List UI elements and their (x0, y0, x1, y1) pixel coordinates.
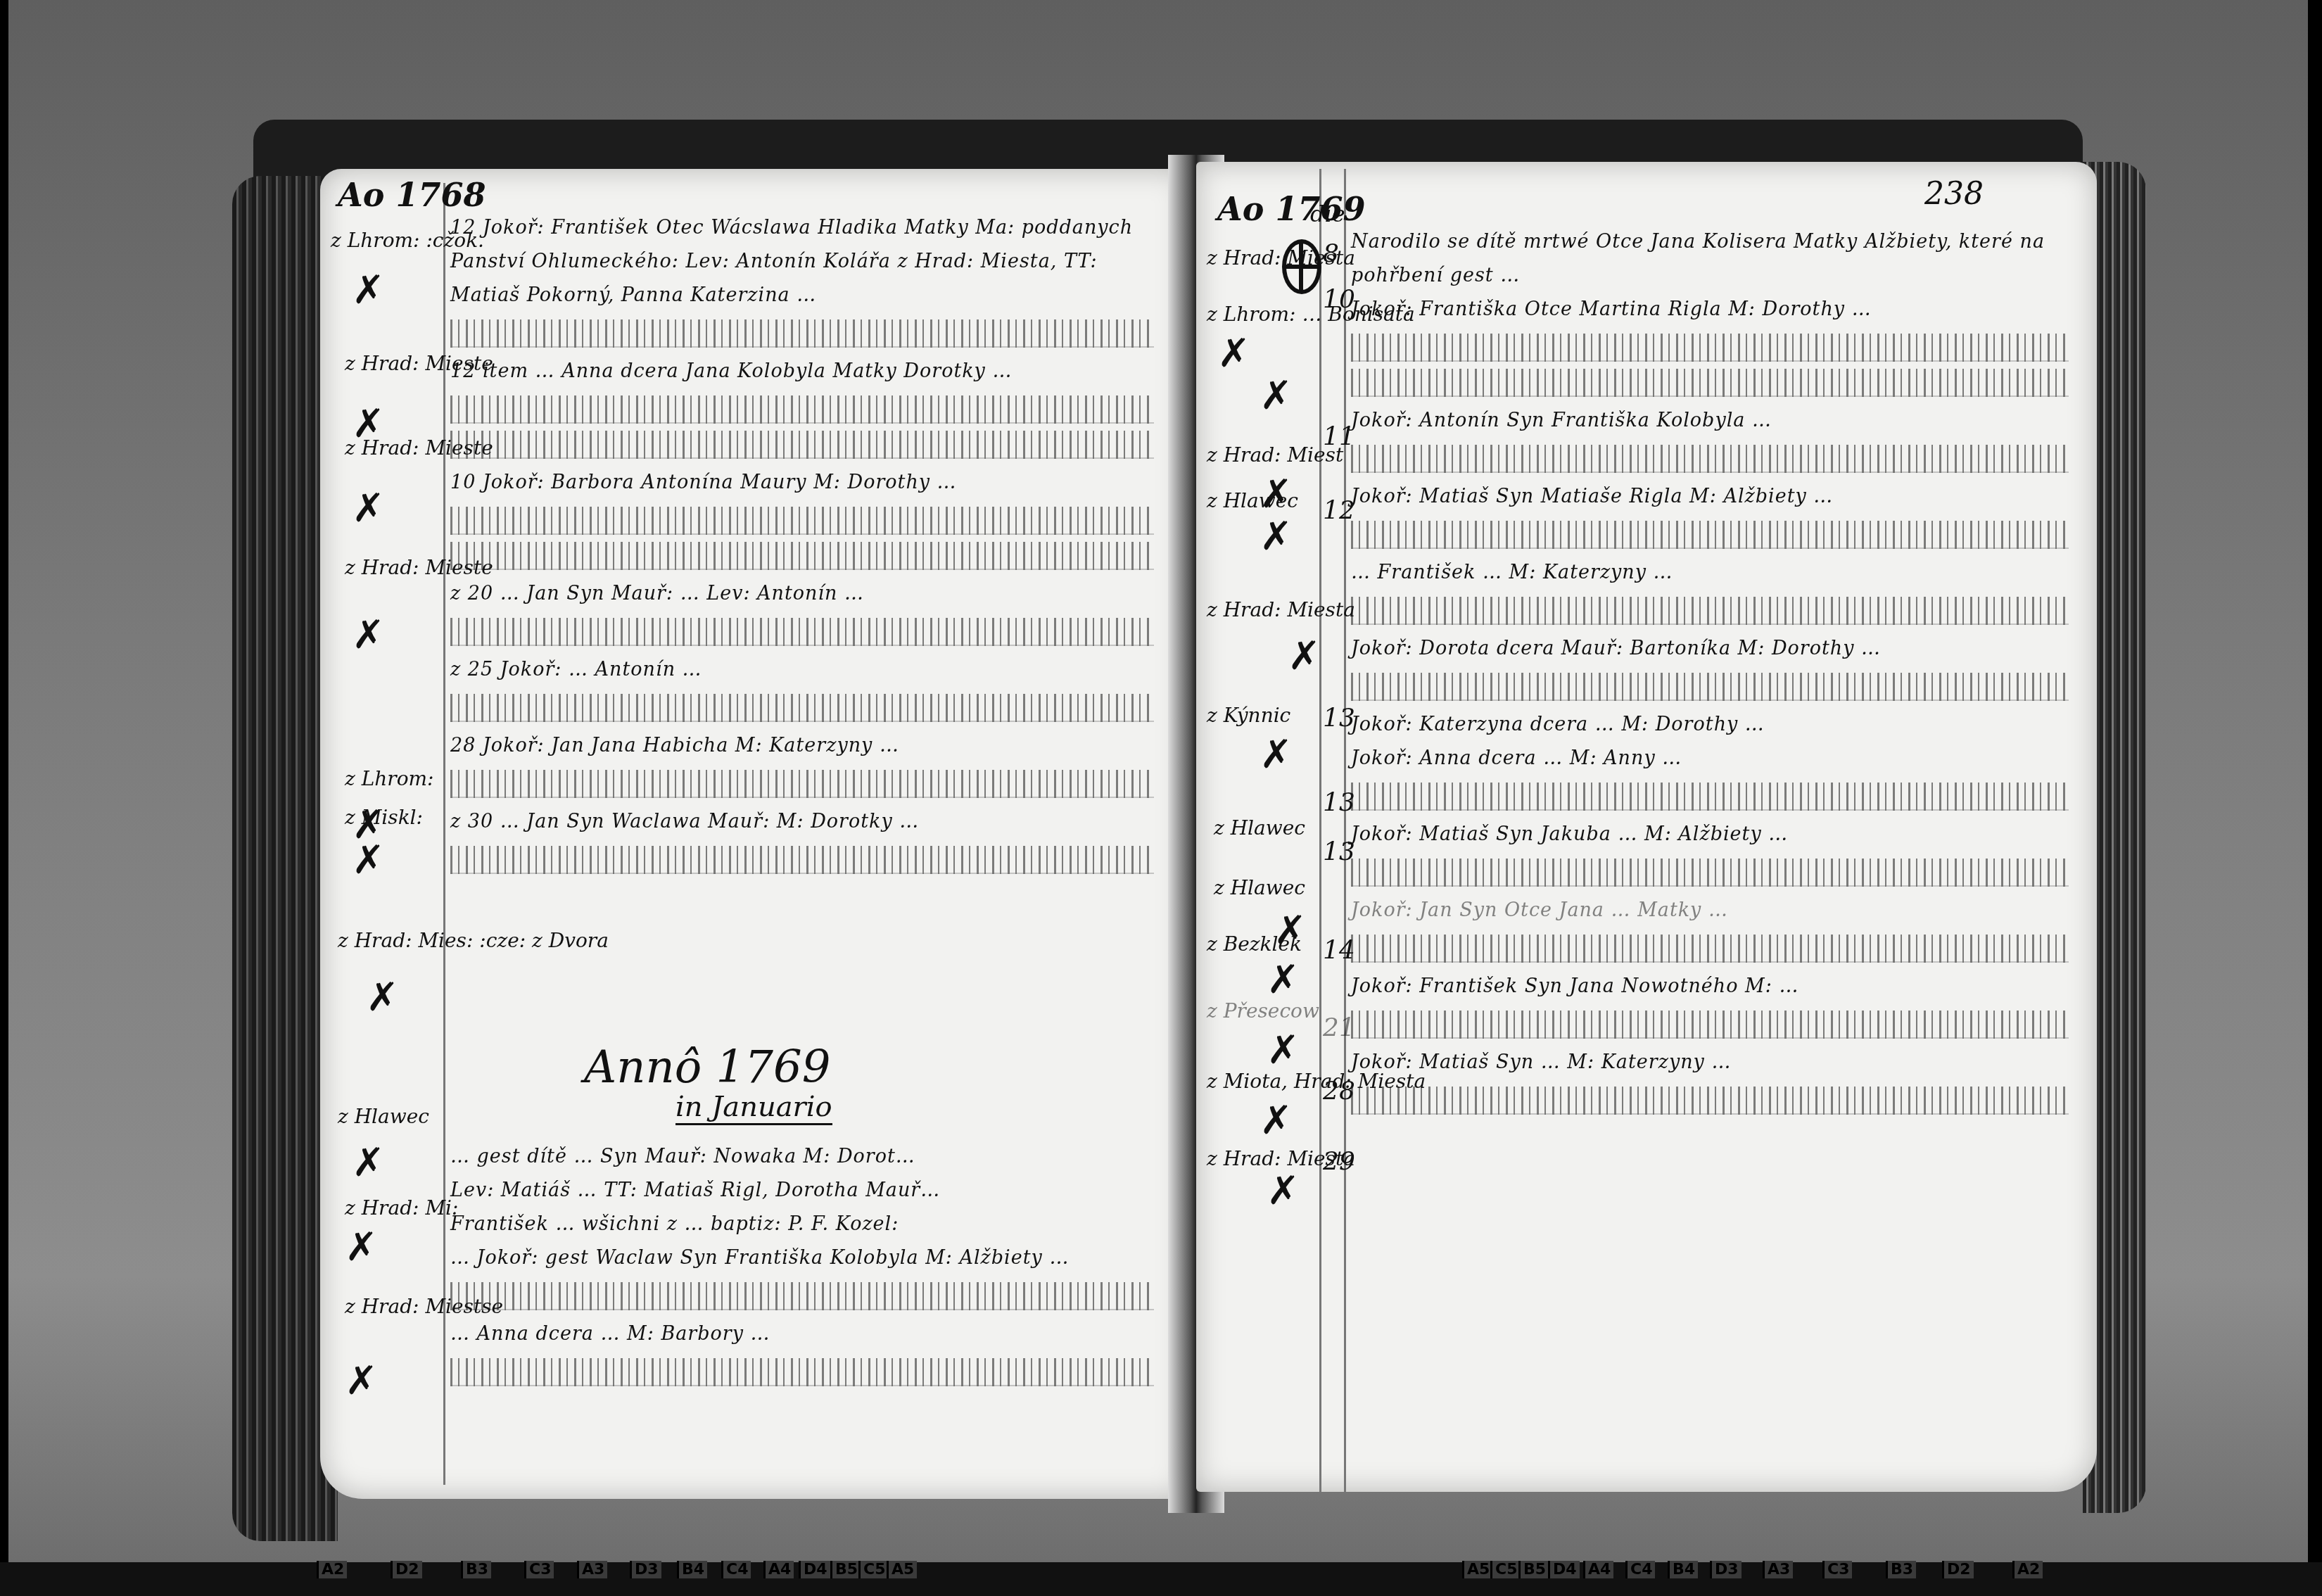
day-number: 12 (1323, 496, 1355, 525)
right-margin-rule (1319, 169, 1321, 1492)
margin-note: z Lhrom: (345, 767, 434, 791)
handwriting-line (1351, 1087, 2069, 1115)
cross-mark-icon: ✗ (1217, 331, 1250, 376)
register-entry: Jokoř: Matiaš Syn Jakuba … M: Alžbiety … (1351, 818, 2069, 851)
register-entry: Jokoř: Matiaš Syn Matiaše Rigla M: Alžbi… (1351, 480, 2069, 514)
cross-mark-icon: ✗ (352, 267, 385, 313)
handwriting-line (450, 431, 1154, 459)
calibration-label: D3 (1710, 1561, 1741, 1578)
cross-mark-icon: ✗ (1267, 1027, 1300, 1073)
register-entry: 12 Jokoř: František Otec Wácslawa Hladik… (450, 211, 1154, 312)
cross-mark-icon: ✗ (1267, 957, 1300, 1003)
left-entries: 12 Jokoř: František Otec Wácslawa Hladik… (450, 211, 1154, 881)
margin-note: z Miskl: (345, 806, 423, 830)
register-entry: z 25 Jokoř: … Antonín … (450, 653, 1154, 687)
day-number: 8 (1323, 239, 1339, 268)
calibration-label: B4 (677, 1561, 707, 1578)
margin-note: z Hlawec (1207, 489, 1298, 513)
register-entry: Jokoř: Katerzyna dcera … M: Dorothy … (1351, 708, 2069, 742)
register-entry: František … wšichni z … baptiz: P. F. Ko… (450, 1208, 1154, 1241)
handwriting-line (450, 395, 1154, 424)
cross-mark-icon: ✗ (1260, 1098, 1293, 1144)
calibration-label: C3 (524, 1561, 554, 1578)
register-entry: … Jokoř: gest Waclaw Syn Františka Kolob… (450, 1241, 1154, 1275)
calibration-label: C3 (1822, 1561, 1852, 1578)
right-entries: Narodilo se dítě mrtwé Otce Jana Koliser… (1351, 225, 2069, 1122)
cross-mark-icon: ✗ (352, 1140, 385, 1186)
register-entry: … Anna dcera … M: Barbory … (450, 1317, 1154, 1351)
day-number: 13 (1323, 788, 1355, 817)
handwriting-line (450, 618, 1154, 646)
cross-mark-icon: ✗ (345, 1224, 378, 1270)
section-heading-anno: Annô 1769 (584, 1041, 830, 1094)
section-subheading-month: in Januario (675, 1091, 832, 1125)
left-entries-1769: … gest dítě … Syn Mauř: Nowaka M: Dorot…… (450, 1140, 1154, 1393)
right-day-column-rule (1344, 169, 1346, 1492)
cross-mark-icon: ✗ (366, 975, 399, 1020)
day-number: 21 (1323, 1013, 1355, 1042)
handwriting-line (1351, 783, 2069, 811)
calibration-label: B5 (1518, 1561, 1549, 1578)
calibration-label: A2 (2012, 1561, 2043, 1578)
margin-note: z Hlawec (1214, 876, 1305, 900)
calibration-label: B3 (1886, 1561, 1916, 1578)
day-number: 11 (1323, 422, 1355, 451)
register-entry: … gest dítě … Syn Mauř: Nowaka M: Dorot… (450, 1140, 1154, 1174)
register-entry: Jokoř: Antonín Syn Františka Kolobyla … (1351, 404, 2069, 438)
calibration-label: D4 (1548, 1561, 1580, 1578)
calibration-label: C5 (858, 1561, 888, 1578)
register-entry: … František … M: Katerzyny … (1351, 556, 2069, 590)
handwriting-line (450, 770, 1154, 798)
register-entry: Jokoř: František Syn Jana Nowotného M: … (1351, 970, 2069, 1003)
register-entry: 12 item … Anna dcera Jana Kolobyla Matky… (450, 355, 1154, 388)
cross-mark-icon: ✗ (352, 486, 385, 531)
cross-mark-icon: ✗ (352, 612, 385, 658)
calibration-label: A4 (1583, 1561, 1613, 1578)
calibration-label: D2 (1942, 1561, 1974, 1578)
calibration-label: C4 (721, 1561, 751, 1578)
margin-note: z Hlawec (338, 1105, 429, 1129)
margin-note: z Hrad: Mies: :cze: z Dvora (338, 929, 609, 953)
calibration-label: C4 (1625, 1561, 1655, 1578)
handwriting-line (450, 1282, 1154, 1310)
calibration-label: D3 (630, 1561, 661, 1578)
calibration-label: D2 (391, 1561, 422, 1578)
cross-mark-icon: ✗ (1267, 1168, 1300, 1214)
margin-note: z Hlawec (1214, 816, 1305, 840)
cross-mark-icon: ✗ (1288, 633, 1321, 679)
register-entry: Jokoř: Matiaš Syn … M: Katerzyny … (1351, 1046, 2069, 1079)
calibration-label: B5 (830, 1561, 861, 1578)
left-year-heading: Ao 1768 (338, 176, 486, 214)
handwriting-line (450, 846, 1154, 874)
register-entry: Jokoř: Dorota dcera Mauř: Bartoníka M: D… (1351, 632, 2069, 666)
cross-mark-icon: ✗ (1260, 514, 1293, 559)
calibration-label: A4 (763, 1561, 794, 1578)
register-entry: Lev: Matiáš … TT: Matiaš Rigl, Dorotha M… (450, 1174, 1154, 1208)
calibration-label: B4 (1668, 1561, 1698, 1578)
handwriting-line (1351, 445, 2069, 473)
register-entry: z 30 … Jan Syn Waclawa Mauř: M: Dorotky … (450, 805, 1154, 839)
handwriting-line (1351, 935, 2069, 963)
cross-mark-icon: ✗ (345, 1358, 378, 1404)
calibration-label: A5 (1462, 1561, 1492, 1578)
calibration-label: A3 (577, 1561, 607, 1578)
margin-note: z Hrad: Miesta (1207, 598, 1355, 622)
calibration-label: A3 (1763, 1561, 1793, 1578)
day-number: 29 (1323, 1147, 1355, 1176)
register-entry: Narodilo se dítě mrtwé Otce Jana Koliser… (1351, 225, 2069, 293)
handwriting-line (450, 542, 1154, 570)
day-number: 10 (1323, 285, 1355, 314)
handwriting-line (450, 694, 1154, 722)
cross-mark-icon: ✗ (352, 837, 385, 883)
handwriting-line (450, 507, 1154, 535)
day-number: 13 (1323, 704, 1355, 733)
calibration-label: D4 (799, 1561, 830, 1578)
handwriting-line (1351, 859, 2069, 887)
register-entry: Jokoř: Jan Syn Otce Jana … Matky … (1351, 894, 2069, 927)
register-entry: 10 Jokoř: Barbora Antonína Maury M: Doro… (450, 466, 1154, 500)
register-entry: Jokoř: Anna dcera … M: Anny … (1351, 742, 2069, 775)
handwriting-line (1351, 334, 2069, 362)
left-margin-rule (443, 183, 445, 1485)
handwriting-line (1351, 369, 2069, 397)
cross-mark-icon: ✗ (1260, 732, 1293, 778)
handwriting-line (1351, 1011, 2069, 1039)
calibration-label: A5 (887, 1561, 917, 1578)
day-column-header: die (1310, 201, 1345, 227)
calibration-label: A2 (317, 1561, 347, 1578)
calibration-label: C5 (1490, 1561, 1520, 1578)
margin-note: z Hrad: Mi: (345, 1196, 458, 1220)
cross-mark-icon: ✗ (1260, 373, 1293, 419)
register-entry: 28 Jokoř: Jan Jana Habicha M: Katerzyny … (450, 729, 1154, 763)
margin-note: z Přesecow (1207, 999, 1319, 1023)
handwriting-line (1351, 521, 2069, 549)
day-number: 13 (1323, 837, 1355, 866)
day-number: 28 (1323, 1077, 1355, 1106)
microfilm-calibration-strip (0, 1562, 2322, 1596)
margin-note: z Bezklek (1207, 932, 1302, 956)
day-number: 14 (1323, 936, 1355, 965)
handwriting-line (450, 319, 1154, 348)
calibration-label: B3 (461, 1561, 491, 1578)
page-number: 238 (1924, 176, 1984, 212)
register-entry: Jokoř: Františka Otce Martina Rigla M: D… (1351, 293, 2069, 327)
handwriting-line (450, 1358, 1154, 1386)
handwriting-line (1351, 597, 2069, 625)
register-entry: z 20 … Jan Syn Mauř: … Lev: Antonín … (450, 577, 1154, 611)
margin-note: z Kýnnic (1207, 704, 1290, 728)
handwriting-line (1351, 673, 2069, 701)
